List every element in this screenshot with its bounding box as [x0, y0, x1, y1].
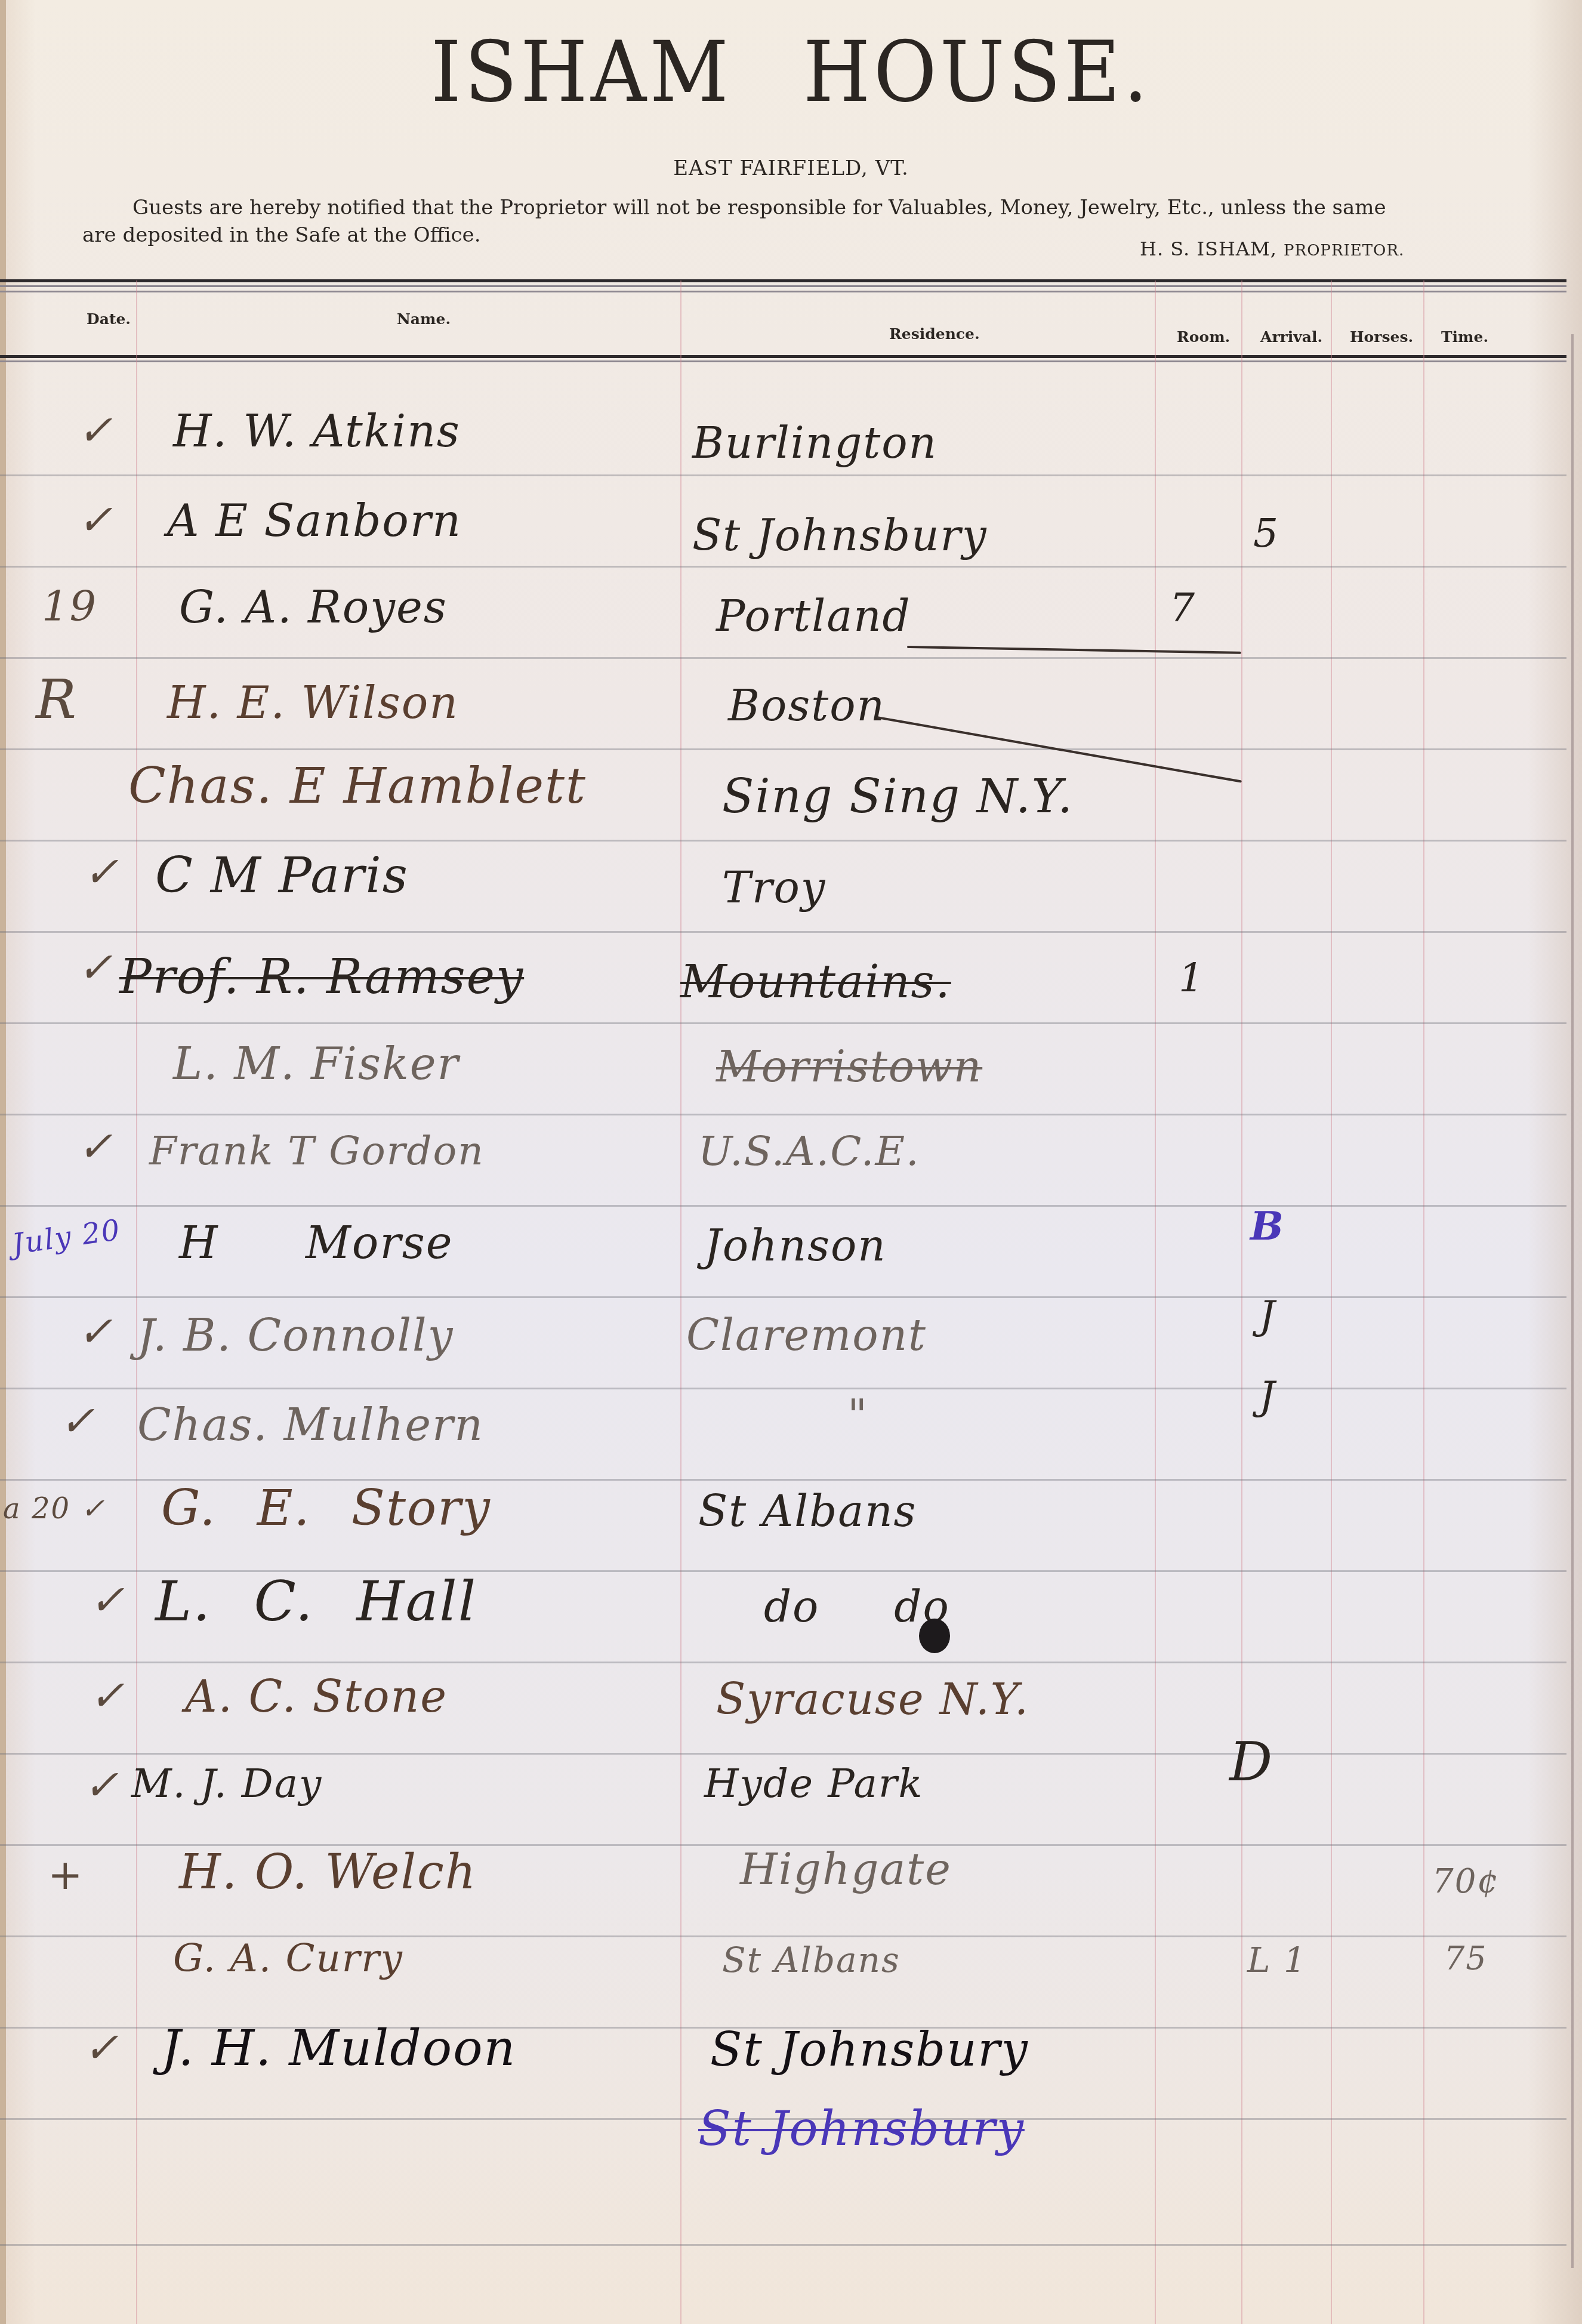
column-rule-room: [1241, 281, 1242, 2324]
entry-residence: St Johnsbury: [698, 2101, 1025, 2156]
entry-date-mark: ✓: [78, 495, 114, 544]
ruled-line: [0, 1114, 1566, 1115]
entry-name: Prof. R. Ramsey: [119, 949, 524, 1004]
entry-date-mark: ✓: [84, 2023, 120, 2072]
entry-date-mark: ✓: [60, 1397, 96, 1445]
ink-blot: [919, 1619, 950, 1653]
entry-arrival: L 1: [1247, 1940, 1307, 1980]
column-header-horses: Horses.: [1350, 328, 1413, 346]
ruled-line: [0, 2244, 1566, 2246]
entry-name: Frank T Gordon: [149, 1128, 485, 1174]
entry-name: J. B. Connolly: [137, 1310, 454, 1361]
entry-residence: Mountains.: [680, 955, 951, 1008]
entry-residence: Johnson: [704, 1220, 887, 1271]
ruled-line: [0, 931, 1566, 933]
entry-name: J. H. Muldoon: [161, 2020, 516, 2077]
column-header-name: Name.: [397, 310, 451, 328]
entry-arrival: B: [1250, 1203, 1285, 1249]
entry-time: 75: [1444, 1940, 1488, 1977]
entry-date-mark: ✓: [78, 943, 114, 992]
column-header-date: Date.: [87, 310, 131, 328]
entry-date-mark: 19: [42, 582, 97, 631]
entry-residence: St Johnsbury: [710, 2023, 1029, 2077]
entry-name: H. O. Welch: [179, 1844, 477, 1900]
entry-arrival: J: [1259, 1373, 1276, 1419]
column-header-residence: Residence.: [889, 325, 980, 343]
entry-residence: Syracuse N.Y.: [716, 1674, 1029, 1724]
entry-residence: St Albans: [722, 1940, 901, 1980]
entry-residence: ": [847, 1391, 868, 1441]
column-rule-residence: [1155, 281, 1156, 2324]
column-header-arrival: Arrival.: [1260, 328, 1322, 346]
entry-name: A. C. Stone: [185, 1671, 448, 1722]
entry-date-mark: ✓: [90, 1671, 126, 1720]
entry-name: Chas. E Hamblett: [128, 758, 587, 815]
entry-time: 70¢: [1432, 1862, 1500, 1901]
entry-arrival: J: [1259, 1292, 1276, 1338]
column-header-time: Time.: [1441, 328, 1488, 346]
column-rule-horses: [1423, 281, 1424, 2324]
entry-date-mark: July 20: [10, 1213, 123, 1262]
entry-residence: Troy: [722, 862, 826, 913]
column-rule-name: [680, 281, 681, 2324]
ruled-line: [0, 840, 1566, 842]
entry-residence: Claremont: [686, 1310, 927, 1360]
entry-name: H Morse: [179, 1218, 454, 1269]
entry-name: L. M. Fisker: [173, 1038, 460, 1090]
entry-arrival: 5: [1253, 510, 1279, 556]
entry-date-mark: ✓: [84, 847, 120, 896]
entry-name: M. J. Day: [131, 1761, 322, 1807]
entry-date-mark: ✓: [90, 1576, 126, 1625]
entry-residence: U.S.A.C.E.: [698, 1128, 920, 1175]
entry-residence: Portland: [716, 591, 911, 641]
entry-room: 1: [1179, 955, 1205, 1001]
proprietor-signature: H. S. ISHAM, PROPRIETOR.: [1140, 238, 1404, 260]
entry-residence: St Johnsbury: [692, 510, 988, 560]
entry-name: H. E. Wilson: [167, 677, 459, 729]
entry-name: Chas. Mulhern: [137, 1400, 484, 1451]
hotel-location: EAST FAIRFIELD, VT.: [0, 156, 1582, 180]
entry-name: C M Paris: [155, 847, 409, 904]
ruled-line: [0, 1388, 1566, 1389]
entry-residence: Highgate: [740, 1844, 952, 1894]
entry-residence: St Albans: [698, 1486, 917, 1536]
entry-residence: Burlington: [692, 418, 938, 468]
ruled-line: [0, 1022, 1566, 1024]
column-rule-date: [136, 281, 137, 2324]
entry-residence: do do: [764, 1582, 950, 1632]
entry-name: G. E. Story: [161, 1480, 491, 1537]
entry-date-mark: ✓: [78, 1307, 114, 1356]
page-edge: [1571, 334, 1574, 2268]
entry-residence: Morristown: [716, 1041, 982, 1092]
entry-date-mark: a 20 ✓: [3, 1492, 106, 1525]
entry-room: 7: [1170, 585, 1196, 631]
flourish: [907, 646, 1241, 654]
hotel-name: ISHAM HOUSE.: [63, 24, 1519, 121]
entry-date-mark: +: [48, 1850, 84, 1899]
ruled-line: [0, 1753, 1566, 1755]
ruled-line: [0, 1662, 1566, 1663]
proprietor-title: PROPRIETOR.: [1284, 242, 1404, 260]
entry-date-mark: ✓: [78, 1122, 114, 1171]
ruled-line: [0, 1296, 1566, 1298]
register-page: ISHAM HOUSE. EAST FAIRFIELD, VT. Guests …: [0, 0, 1582, 2324]
ruled-line: [0, 657, 1566, 659]
entry-date-mark: ✓: [78, 406, 114, 455]
notice-line-1: Guests are hereby notified that the Prop…: [82, 194, 1562, 221]
book-spine: [0, 0, 6, 2324]
entry-residence: Boston: [728, 680, 886, 731]
entry-arrival: D: [1229, 1731, 1273, 1793]
entry-name: L. C. Hall: [155, 1570, 477, 1633]
ruled-line: [0, 474, 1566, 476]
entry-name: G. A. Royes: [179, 582, 448, 633]
ruled-line: [0, 748, 1566, 750]
entry-name: A E Sanborn: [167, 495, 462, 547]
proprietor-name: H. S. ISHAM,: [1140, 238, 1284, 260]
column-rule-arrival: [1331, 281, 1332, 2324]
ruled-line: [0, 1205, 1566, 1207]
ruled-line: [0, 566, 1566, 568]
entry-name: G. A. Curry: [173, 1937, 403, 1981]
entry-residence: Hyde Park: [704, 1761, 923, 1807]
entry-name: H. W. Atkins: [173, 406, 461, 457]
entry-date-mark: R: [36, 668, 78, 731]
column-header-room: Room.: [1177, 328, 1230, 346]
entry-residence: Sing Sing N.Y.: [722, 770, 1074, 824]
entry-date-mark: ✓: [84, 1761, 120, 1810]
